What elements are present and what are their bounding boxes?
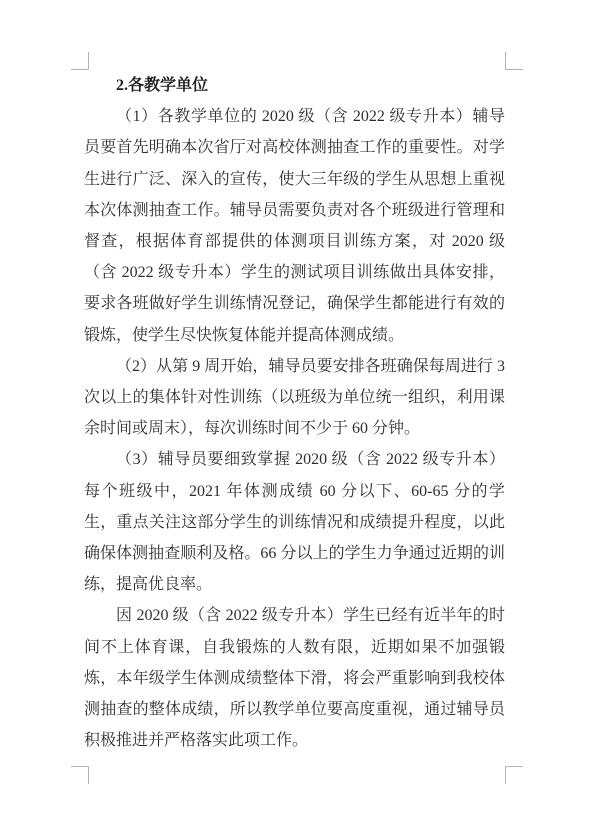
- crop-mark-top-left: [71, 52, 89, 70]
- crop-mark-bottom-right: [505, 766, 523, 784]
- paragraph-2: （2）从第 9 周开始，辅导员要安排各班确保每周进行 3 次以上的集体针对性训练…: [84, 351, 505, 445]
- paragraph-3: （3）辅导员要细致掌握 2020 级（含 2022 级专升本）每个班级中，202…: [84, 444, 505, 600]
- section-heading: 2.各教学单位: [84, 70, 505, 101]
- crop-mark-bottom-left: [71, 766, 89, 784]
- document-page: 2.各教学单位 （1）各教学单位的 2020 级（含 2022 级专升本）辅导员…: [0, 0, 593, 839]
- crop-mark-top-right: [505, 52, 523, 70]
- paragraph-1: （1）各教学单位的 2020 级（含 2022 级专升本）辅导员要首先明确本次省…: [84, 101, 505, 351]
- document-body: 2.各教学单位 （1）各教学单位的 2020 级（含 2022 级专升本）辅导员…: [84, 70, 505, 756]
- paragraph-4: 因 2020 级（含 2022 级专升本）学生已经有近半年的时间不上体育课，自我…: [84, 600, 505, 756]
